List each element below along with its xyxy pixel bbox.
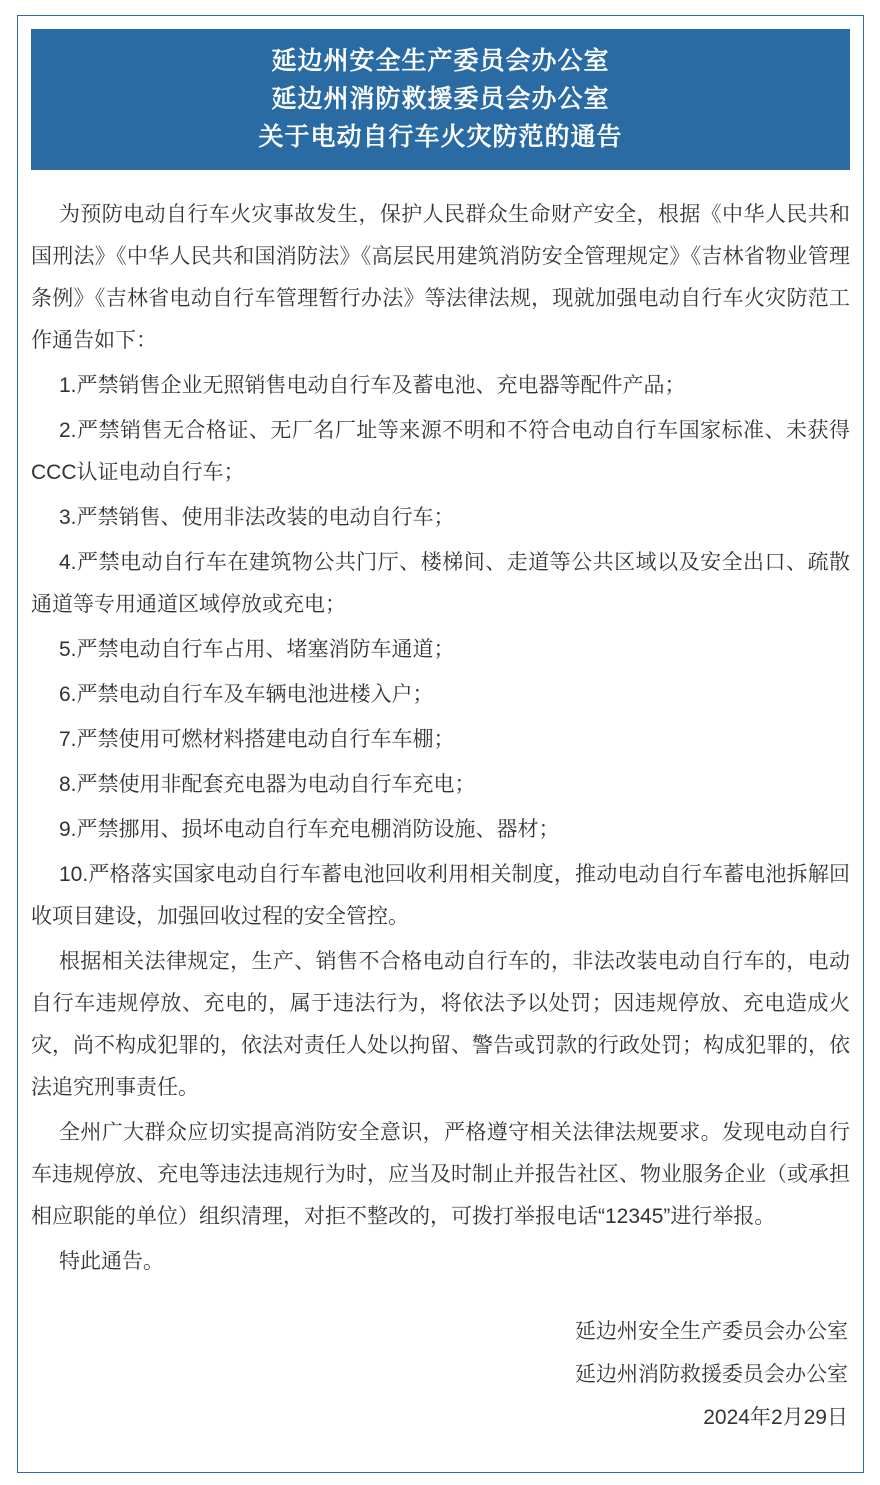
body-paragraph: 8.严禁使用非配套充电器为电动自行车充电； <box>31 764 850 806</box>
notice-body: 为预防电动自行车火灾事故发生，保护人民群众生命财产安全，根据《中华人民共和国刑法… <box>31 194 850 1283</box>
body-paragraph: 4.严禁电动自行车在建筑物公共门厅、楼梯间、走道等公共区域以及安全出口、疏散通道… <box>31 542 850 626</box>
notice-title: 关于电动自行车火灾防范的通告 <box>31 118 850 156</box>
body-paragraph: 为预防电动自行车火灾事故发生，保护人民群众生命财产安全，根据《中华人民共和国刑法… <box>31 194 850 362</box>
signature-org-2: 延边州消防救援委员会办公室 <box>31 1354 848 1396</box>
header-org-line-1: 延边州安全生产委员会办公室 <box>31 42 850 80</box>
notice-header-banner: 延边州安全生产委员会办公室 延边州消防救援委员会办公室 关于电动自行车火灾防范的… <box>31 29 850 170</box>
body-paragraph: 1.严禁销售企业无照销售电动自行车及蓄电池、充电器等配件产品； <box>31 365 850 407</box>
body-paragraph: 2.严禁销售无合格证、无厂名厂址等来源不明和不符合电动自行车国家标准、未获得CC… <box>31 410 850 494</box>
body-paragraph: 根据相关法律规定，生产、销售不合格电动自行车的，非法改装电动自行车的，电动自行车… <box>31 941 850 1109</box>
notice-page: 延边州安全生产委员会办公室 延边州消防救援委员会办公室 关于电动自行车火灾防范的… <box>0 0 880 1485</box>
body-paragraph: 3.严禁销售、使用非法改装的电动自行车； <box>31 497 850 539</box>
signature-block: 延边州安全生产委员会办公室 延边州消防救援委员会办公室 2024年2月29日 <box>31 1311 850 1439</box>
body-paragraph: 特此通告。 <box>31 1241 850 1283</box>
notice-date: 2024年2月29日 <box>31 1397 848 1439</box>
body-paragraph: 7.严禁使用可燃材料搭建电动自行车车棚； <box>31 719 850 761</box>
signature-org-1: 延边州安全生产委员会办公室 <box>31 1311 848 1353</box>
body-paragraph: 6.严禁电动自行车及车辆电池进楼入户； <box>31 674 850 716</box>
header-org-line-2: 延边州消防救援委员会办公室 <box>31 80 850 118</box>
document-border-frame: 延边州安全生产委员会办公室 延边州消防救援委员会办公室 关于电动自行车火灾防范的… <box>17 15 864 1473</box>
body-paragraph: 9.严禁挪用、损坏电动自行车充电棚消防设施、器材； <box>31 809 850 851</box>
body-paragraph: 10.严格落实国家电动自行车蓄电池回收利用相关制度，推动电动自行车蓄电池拆解回收… <box>31 854 850 938</box>
body-paragraph: 5.严禁电动自行车占用、堵塞消防车通道； <box>31 629 850 671</box>
body-paragraph: 全州广大群众应切实提高消防安全意识，严格遵守相关法律法规要求。发现电动自行车违规… <box>31 1112 850 1238</box>
